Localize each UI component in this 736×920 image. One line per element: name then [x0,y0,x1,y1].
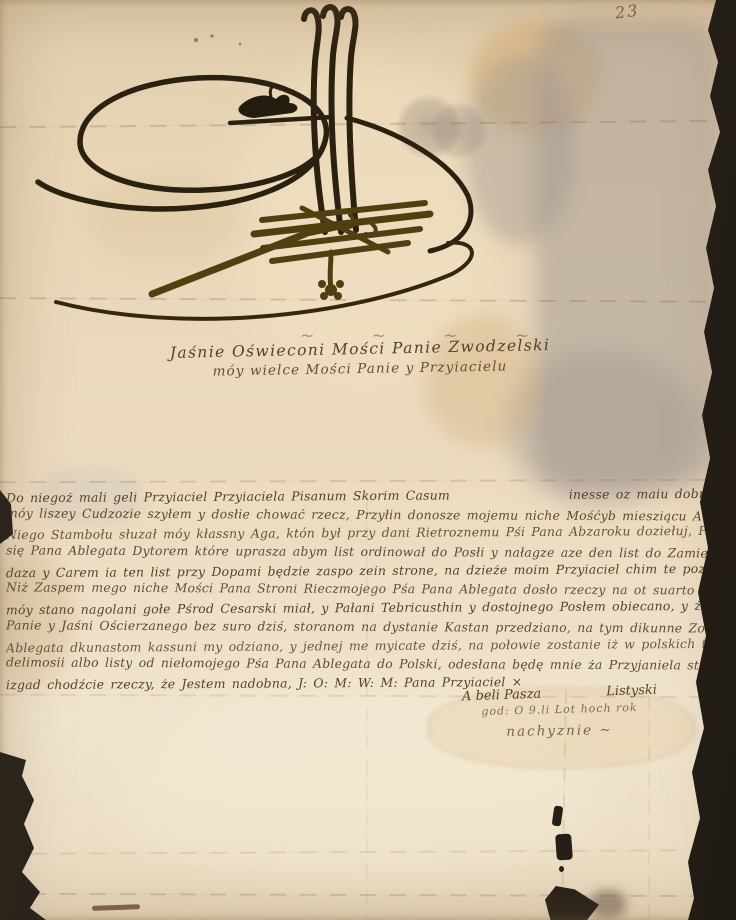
manuscript-photo: 23 ~ ~ ~ ~ Jaśnie Oświeconi Mości Panie … [0,0,736,920]
paper-edge-shading [0,0,736,920]
manuscript-paper: 23 ~ ~ ~ ~ Jaśnie Oświeconi Mości Panie … [0,0,736,920]
